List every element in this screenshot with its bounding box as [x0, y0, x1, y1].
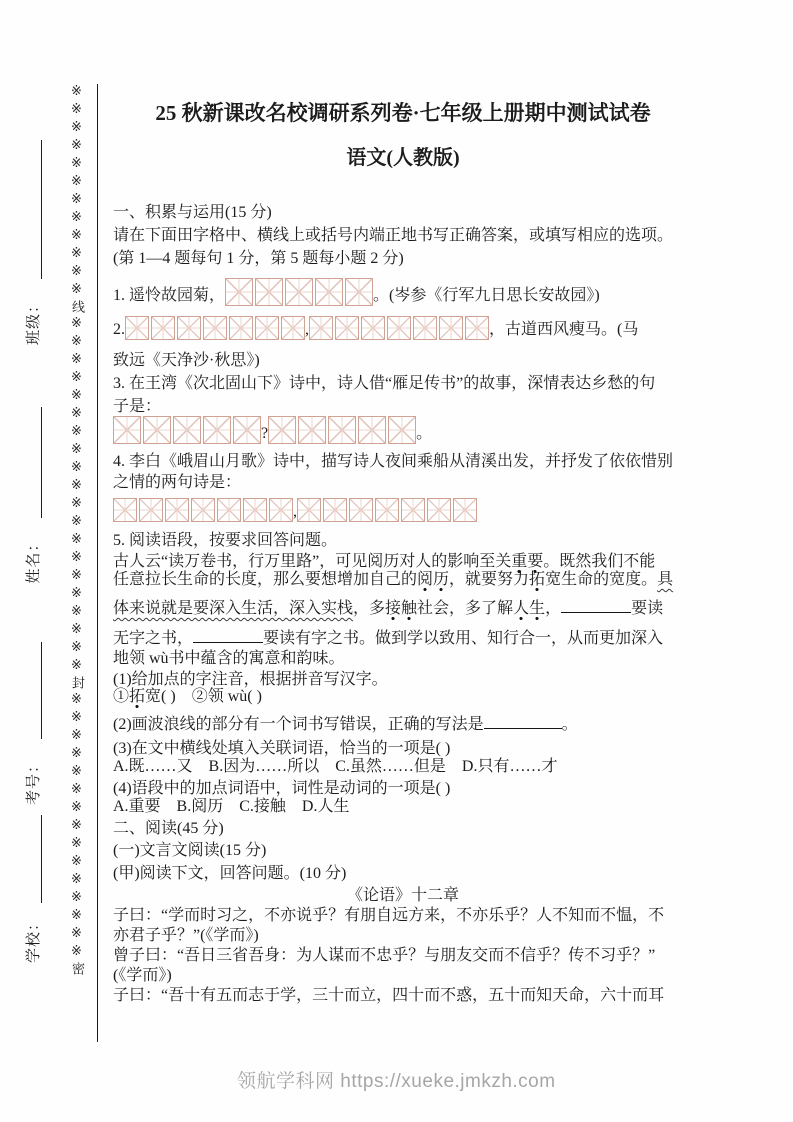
answer-grid-box — [113, 498, 137, 522]
answer-grid-box — [229, 316, 253, 340]
answer-grid-box — [217, 498, 241, 522]
section2-subheading: (一)文言文阅读(15 分) — [113, 841, 693, 861]
answer-grid-box — [413, 316, 437, 340]
passage-title-lunyu: 《论语》十二章 — [113, 886, 693, 906]
answer-grid-box — [345, 278, 373, 306]
fill-blank-3 — [484, 714, 562, 729]
q5-sub3: (3)在文中横线处填入关联词语，恰当的一项是( ) — [113, 739, 693, 759]
q2-text-post: ，古道西风瘦马。(马 — [489, 320, 638, 340]
answer-grid-box — [298, 416, 326, 444]
q2-number: 2. — [113, 320, 125, 340]
answer-grid-box — [203, 316, 227, 340]
answer-grid-box — [203, 416, 231, 444]
passage-text: 。既然我们不能 — [543, 553, 655, 570]
answer-grid-box — [388, 416, 416, 444]
exam-paper-page: 学校： 考号： 姓名： 班级： ※※※※※※※※※※※※线※※※※※※※※※※※… — [0, 0, 793, 1122]
dotted-char-tuo-item: 拓 — [129, 688, 145, 709]
q2-answer-grid-b — [309, 316, 489, 340]
answer-grid-box — [323, 498, 347, 522]
answer-grid-box — [225, 278, 253, 306]
passage-text: 任意拉长生命的长度，那么要想增加自己的 — [113, 571, 417, 588]
answer-grid-box — [173, 416, 201, 444]
seal-char-feng: 封 — [69, 676, 84, 692]
wavy-underline-start: 具 — [657, 571, 673, 588]
question-4-line2: 之情的两句诗是： — [113, 473, 693, 493]
answer-grid-box — [233, 416, 261, 444]
answer-grid-box — [143, 416, 171, 444]
seal-marks: ※※※※※※※※※※※※ — [69, 84, 84, 300]
question-2-line2: 致远《天净沙·秋思》) — [113, 351, 693, 371]
dotted-char-tuo: 拓 — [529, 571, 545, 592]
q2-answer-grid-a — [125, 316, 305, 340]
q5-sub4-options: A.重要 B.阅历 C.接触 D.人生 — [113, 797, 693, 817]
lunyu-line-5: 子曰：“吾十有五而志于学，三十而立，四十而不惑，五十而知天命，六十而耳 — [113, 986, 693, 1006]
answer-grid-box — [401, 498, 425, 522]
answer-grid-box — [151, 316, 175, 340]
question-5-lead: 5. 阅读语段，按要求回答问题。 — [113, 531, 693, 551]
passage-text: 要读 — [631, 600, 663, 617]
answer-grid-box — [255, 278, 283, 306]
answer-grid-box — [269, 498, 293, 522]
answer-grid-box — [297, 498, 321, 522]
q1-text-post: 。(岑参《行军九日思长安故园》) — [373, 286, 600, 306]
answer-grid-box — [309, 316, 333, 340]
passage-text: 宽生命的宽度。 — [545, 571, 657, 588]
field-label-name: 姓名： — [22, 536, 43, 584]
seal-border-line — [97, 84, 98, 1042]
section1-intro-line2: (第 1—4 题每句 1 分，第 5 题每小题 2 分) — [113, 249, 693, 269]
answer-grid-box — [191, 498, 215, 522]
answer-grid-box — [139, 498, 163, 522]
dotted-word-jiechu: 接触 — [385, 600, 417, 621]
fill-blank-1 — [561, 598, 631, 613]
q5-passage-lineA: 古人云“读万卷书，行万里路”，可见阅历对人的影响至关重要。既然我们不能 — [113, 552, 693, 572]
q3-separator: ? — [261, 424, 268, 444]
q5-passage-lineE: 地领 wù书中蕴含的寓意和韵味。 — [113, 649, 693, 669]
section1-intro-line1: 请在下面田字格中、横线上或括号内端正地书写正确答案，或填写相应的选项。 — [113, 226, 693, 246]
question-3-line1: 3. 在王湾《次北固山下》诗中，诗人借“雁足传书”的故事，深情表达乡愁的句 — [113, 374, 693, 394]
seal-fill-fields: 学校： 考号： 姓名： 班级： — [20, 140, 44, 963]
answer-grid-box — [349, 498, 373, 522]
q1-text-pre: 1. 遥怜故园菊， — [113, 286, 225, 306]
item-circle2: ②领 wù( ) — [192, 688, 262, 705]
answer-grid-box — [165, 498, 189, 522]
wavy-underline-text: 体来说就是要深入生活，深入实栈 — [113, 600, 353, 617]
seal-marks: ※※※※※※※※※ — [64, 84, 67, 246]
field-label-exam-number: 考号： — [22, 757, 43, 805]
passage-text: ，多 — [353, 600, 385, 617]
lunyu-line-3: 曾子曰：“吾日三省吾身：为人谋而不忠乎？与朋友交而不信乎？传不习乎？” — [113, 946, 693, 966]
q3-answer-grid-a — [113, 416, 261, 444]
passage-text: 要读有字之书。做到学以致用、知行合一，从而更加深入 — [263, 630, 663, 647]
answer-grid-box — [427, 498, 451, 522]
field-label-school: 学校： — [22, 915, 43, 963]
answer-grid-box — [465, 316, 489, 340]
answer-grid-box — [315, 278, 343, 306]
paper-subtitle: 语文(人教版) — [113, 146, 693, 171]
sub2-text: (2)画波浪线的部分有一个词书写错误，正确的写法是 — [113, 716, 484, 733]
passage-text: 无字之书， — [113, 630, 193, 647]
field-line-exam-number — [37, 642, 42, 739]
answer-grid-box — [328, 416, 356, 444]
answer-grid-box — [453, 498, 477, 522]
section2-heading: 二、阅读(45 分) — [113, 819, 693, 839]
q5-passage-lineB: 任意拉长生命的长度，那么要想增加自己的阅历，就要努力拓宽生命的宽度。具 — [113, 570, 693, 590]
passage-text: ， — [545, 600, 561, 617]
answer-grid-box — [335, 316, 359, 340]
q5-sub1-items: ①拓宽( ) ②领 wù( ) — [113, 687, 693, 707]
question-4-answer-row: , — [113, 496, 693, 522]
dotted-word-rensheng: 人生 — [513, 600, 545, 621]
answer-grid-box — [281, 316, 305, 340]
answer-grid-box — [375, 498, 399, 522]
answer-grid-box — [177, 316, 201, 340]
answer-grid-box — [439, 316, 463, 340]
seal-char-xian: 线 — [69, 300, 84, 316]
fill-blank-2 — [193, 628, 263, 643]
lunyu-line-4: (《学而》) — [113, 966, 693, 986]
item-circle1: ① — [113, 688, 129, 705]
seal-decoration-column: ※※※※※※※※※※※※线※※※※※※※※※※※※※※※※※※※※封※※※※※※… — [64, 84, 86, 1042]
seal-marks: ※※※※※※※※※※※※※※※※※※※※ — [69, 316, 84, 676]
field-label-class: 班级： — [22, 297, 43, 345]
answer-grid-box — [387, 316, 411, 340]
item-text: 宽( ) — [145, 688, 192, 705]
sub2-punct: 。 — [562, 716, 578, 733]
dotted-word-yueli: 阅历 — [417, 571, 449, 592]
section1-heading: 一、积累与运用(15 分) — [113, 203, 693, 223]
q5-passage-lineC: 体来说就是要深入生活，深入实栈，多接触社会，多了解人生，要读 — [113, 598, 693, 619]
site-watermark: 领航学科网 https://xueke.jmkzh.com — [237, 1066, 556, 1093]
seal-marks: ※※※※※※※※※※※※※※※ — [69, 692, 84, 962]
passage-text: 古人云“读万卷书，行万里路”，可见阅历对人的影响至关 — [113, 553, 511, 570]
section2-jia-lead: (甲)阅读下文，回答问题。(10 分) — [113, 864, 693, 884]
question-3-answer-row: ? 。 — [113, 414, 693, 444]
question-4-line1: 4. 李白《峨眉山月歌》诗中，描写诗人夜间乘船从清溪出发，并抒发了依依惜别 — [113, 452, 693, 472]
lunyu-line-2: 亦君子乎？”(《学而》) — [113, 926, 693, 946]
question-1: 1. 遥怜故园菊， 。(岑参《行军九日思长安故园》) — [113, 276, 693, 306]
q3-answer-grid-b — [268, 416, 416, 444]
q5-sub3-options: A.既……又 B.因为……所以 C.虽然……但是 D.只有……才 — [113, 757, 693, 777]
answer-grid-box — [285, 278, 313, 306]
passage-text: 社会，多了解 — [417, 600, 513, 617]
seal-char-mi: 密 — [69, 962, 84, 978]
answer-grid-box — [113, 416, 141, 444]
answer-grid-box — [243, 498, 267, 522]
q1-answer-grid — [225, 278, 373, 306]
field-line-school — [37, 815, 42, 903]
answer-grid-box — [358, 416, 386, 444]
q4-answer-grid-b — [297, 498, 477, 522]
answer-grid-box — [255, 316, 279, 340]
paper-title: 25 秋新课改名校调研系列卷·七年级上册期中测试试卷 — [113, 100, 693, 126]
answer-grid-box — [268, 416, 296, 444]
answer-grid-box — [361, 316, 385, 340]
answer-grid-box — [125, 316, 149, 340]
question-2: 2. , ，古道西风瘦马。(马 — [113, 314, 693, 340]
field-line-class — [37, 140, 42, 279]
q3-end-punct: 。 — [416, 424, 432, 444]
q5-sub2: (2)画波浪线的部分有一个词书写错误，正确的写法是。 — [113, 714, 693, 735]
q5-sub4: (4)语段中的加点词语中，词性是动词的一项是( ) — [113, 779, 693, 799]
passage-text: ，就要努力 — [449, 571, 529, 588]
field-line-name — [37, 407, 42, 518]
q4-answer-grid-a — [113, 498, 293, 522]
lunyu-line-1: 子曰：“学而时习之，不亦说乎？有朋自远方来，不亦乐乎？人不知而不愠，不 — [113, 906, 693, 926]
q5-passage-lineD: 无字之书，要读有字之书。做到学以致用、知行合一，从而更加深入 — [113, 628, 693, 649]
